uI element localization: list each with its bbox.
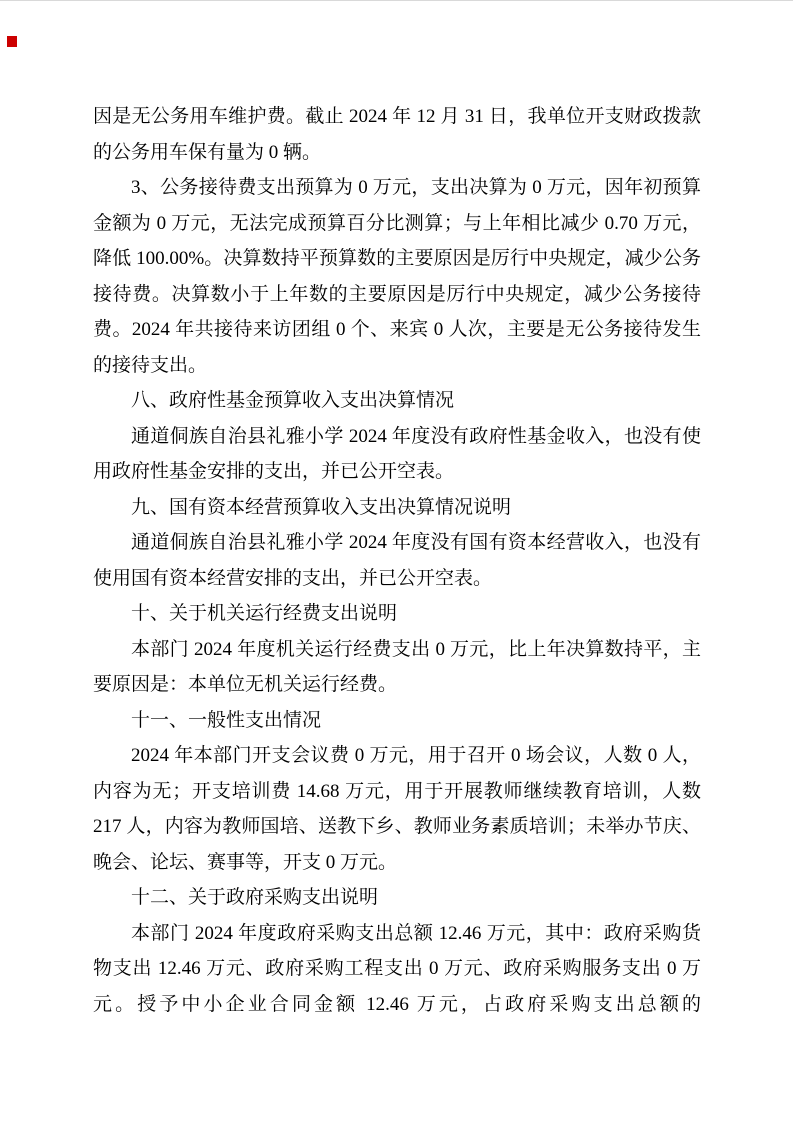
section-heading-11-general-expense: 十一、一般性支出情况 [93,703,701,739]
document-page: 因是无公务用车维护费。截止 2024 年 12 月 31 日，我单位开支财政拨款… [0,0,793,1122]
section-heading-12-government-procurement: 十二、关于政府采购支出说明 [93,880,701,916]
section-heading-9-state-capital-operation: 九、国有资本经营预算收入支出决算情况说明 [93,490,701,526]
paragraph-state-capital-operation: 通道侗族自治县礼雅小学 2024 年度没有国有资本经营收入，也没有使用国有资本经… [93,525,701,596]
section-heading-10-agency-operating-expense: 十、关于机关运行经费支出说明 [93,596,701,632]
section-heading-8-government-fund-budget: 八、政府性基金预算收入支出决算情况 [93,383,701,419]
paragraph-government-procurement: 本部门 2024 年度政府采购支出总额 12.46 万元，其中：政府采购货物支出… [93,916,701,1023]
paragraph-official-vehicle-continuation: 因是无公务用车维护费。截止 2024 年 12 月 31 日，我单位开支财政拨款… [93,99,701,170]
paragraph-general-expense: 2024 年本部门开支会议费 0 万元，用于召开 0 场会议，人数 0 人，内容… [93,738,701,880]
red-marker [7,36,17,47]
paragraph-government-fund-budget: 通道侗族自治县礼雅小学 2024 年度没有政府性基金收入，也没有使用政府性基金安… [93,419,701,490]
paragraph-official-reception-expense: 3、公务接待费支出预算为 0 万元，支出决算为 0 万元，因年初预算金额为 0 … [93,170,701,383]
paragraph-agency-operating-expense: 本部门 2024 年度机关运行经费支出 0 万元，比上年决算数持平，主要原因是：… [93,632,701,703]
document-content: 因是无公务用车维护费。截止 2024 年 12 月 31 日，我单位开支财政拨款… [93,99,701,1022]
